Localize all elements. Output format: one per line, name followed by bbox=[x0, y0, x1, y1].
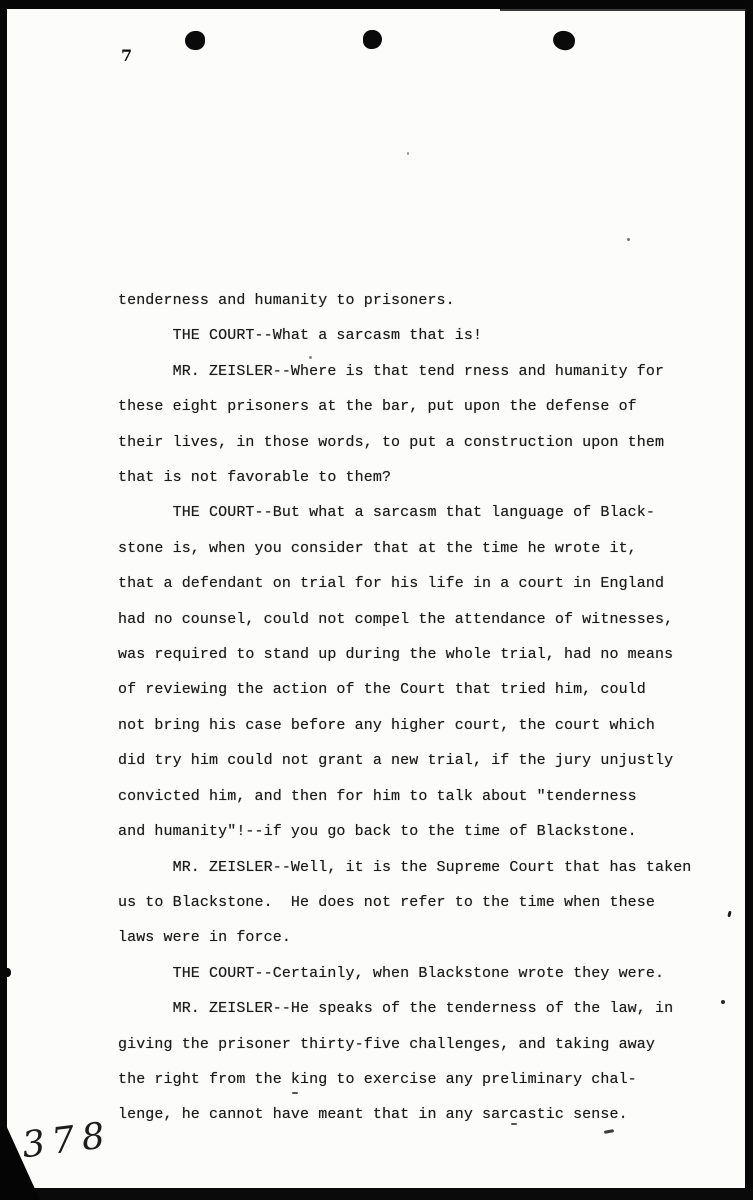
hole-punch-dot-2 bbox=[363, 30, 382, 49]
transcript-line: these eight prisoners at the bar, put up… bbox=[118, 389, 743, 424]
transcript-line: the right from the king to exercise any … bbox=[118, 1062, 743, 1097]
transcript-line: THE COURT--But what a sarcasm that langu… bbox=[118, 495, 743, 530]
hole-punch-dot-1 bbox=[185, 31, 205, 50]
scan-speck bbox=[721, 1000, 725, 1004]
scan-speck bbox=[407, 152, 409, 155]
transcript-line: lenge, he cannot have meant that in any … bbox=[118, 1097, 743, 1132]
transcript-line: MR. ZEISLER--Where is that tend rness an… bbox=[118, 354, 743, 389]
page-number: 7 bbox=[121, 46, 132, 65]
scan-speck bbox=[292, 1092, 298, 1094]
transcript-line: THE COURT--Certainly, when Blackstone wr… bbox=[118, 956, 743, 991]
scan-speck bbox=[604, 1129, 614, 1134]
scan-border-left bbox=[0, 0, 7, 1200]
transcript-line: MR. ZEISLER--Well, it is the Supreme Cou… bbox=[118, 850, 743, 885]
transcript-line: not bring his case before any higher cou… bbox=[118, 708, 743, 743]
scan-speck bbox=[309, 356, 312, 359]
transcript-line: THE COURT--What a sarcasm that is! bbox=[118, 318, 743, 353]
scan-speck bbox=[5, 968, 11, 977]
transcript-line: that a defendant on trial for his life i… bbox=[118, 566, 743, 601]
transcript-line: convicted him, and then for him to talk … bbox=[118, 779, 743, 814]
transcript-line: giving the prisoner thirty-five challeng… bbox=[118, 1027, 743, 1062]
scan-border-bottom bbox=[0, 1188, 753, 1200]
transcript-text: tenderness and humanity to prisoners. TH… bbox=[118, 283, 743, 1133]
scan-speck bbox=[511, 1123, 517, 1125]
scan-border-top-shade bbox=[500, 9, 753, 11]
transcript-line: laws were in force. bbox=[118, 920, 743, 955]
transcript-line: stone is, when you consider that at the … bbox=[118, 531, 743, 566]
transcript-line: that is not favorable to them? bbox=[118, 460, 743, 495]
scan-border-top bbox=[0, 0, 753, 9]
transcript-line: did try him could not grant a new trial,… bbox=[118, 743, 743, 778]
handwritten-folio-number: 378 bbox=[20, 1115, 114, 1167]
transcript-line: of reviewing the action of the Court tha… bbox=[118, 672, 743, 707]
transcript-line: had no counsel, could not compel the att… bbox=[118, 602, 743, 637]
transcript-line: was required to stand up during the whol… bbox=[118, 637, 743, 672]
transcript-line: their lives, in those words, to put a co… bbox=[118, 425, 743, 460]
scan-speck bbox=[627, 238, 630, 241]
transcript-line: and humanity"!--if you go back to the ti… bbox=[118, 814, 743, 849]
transcript-line: MR. ZEISLER--He speaks of the tenderness… bbox=[118, 991, 743, 1026]
hole-punch-dot-3 bbox=[552, 30, 576, 52]
scanned-document-page: 7 tenderness and humanity to prisoners. … bbox=[0, 0, 753, 1200]
transcript-line: us to Blackstone. He does not refer to t… bbox=[118, 885, 743, 920]
transcript-line: tenderness and humanity to prisoners. bbox=[118, 283, 743, 318]
scan-border-right bbox=[745, 0, 753, 1200]
